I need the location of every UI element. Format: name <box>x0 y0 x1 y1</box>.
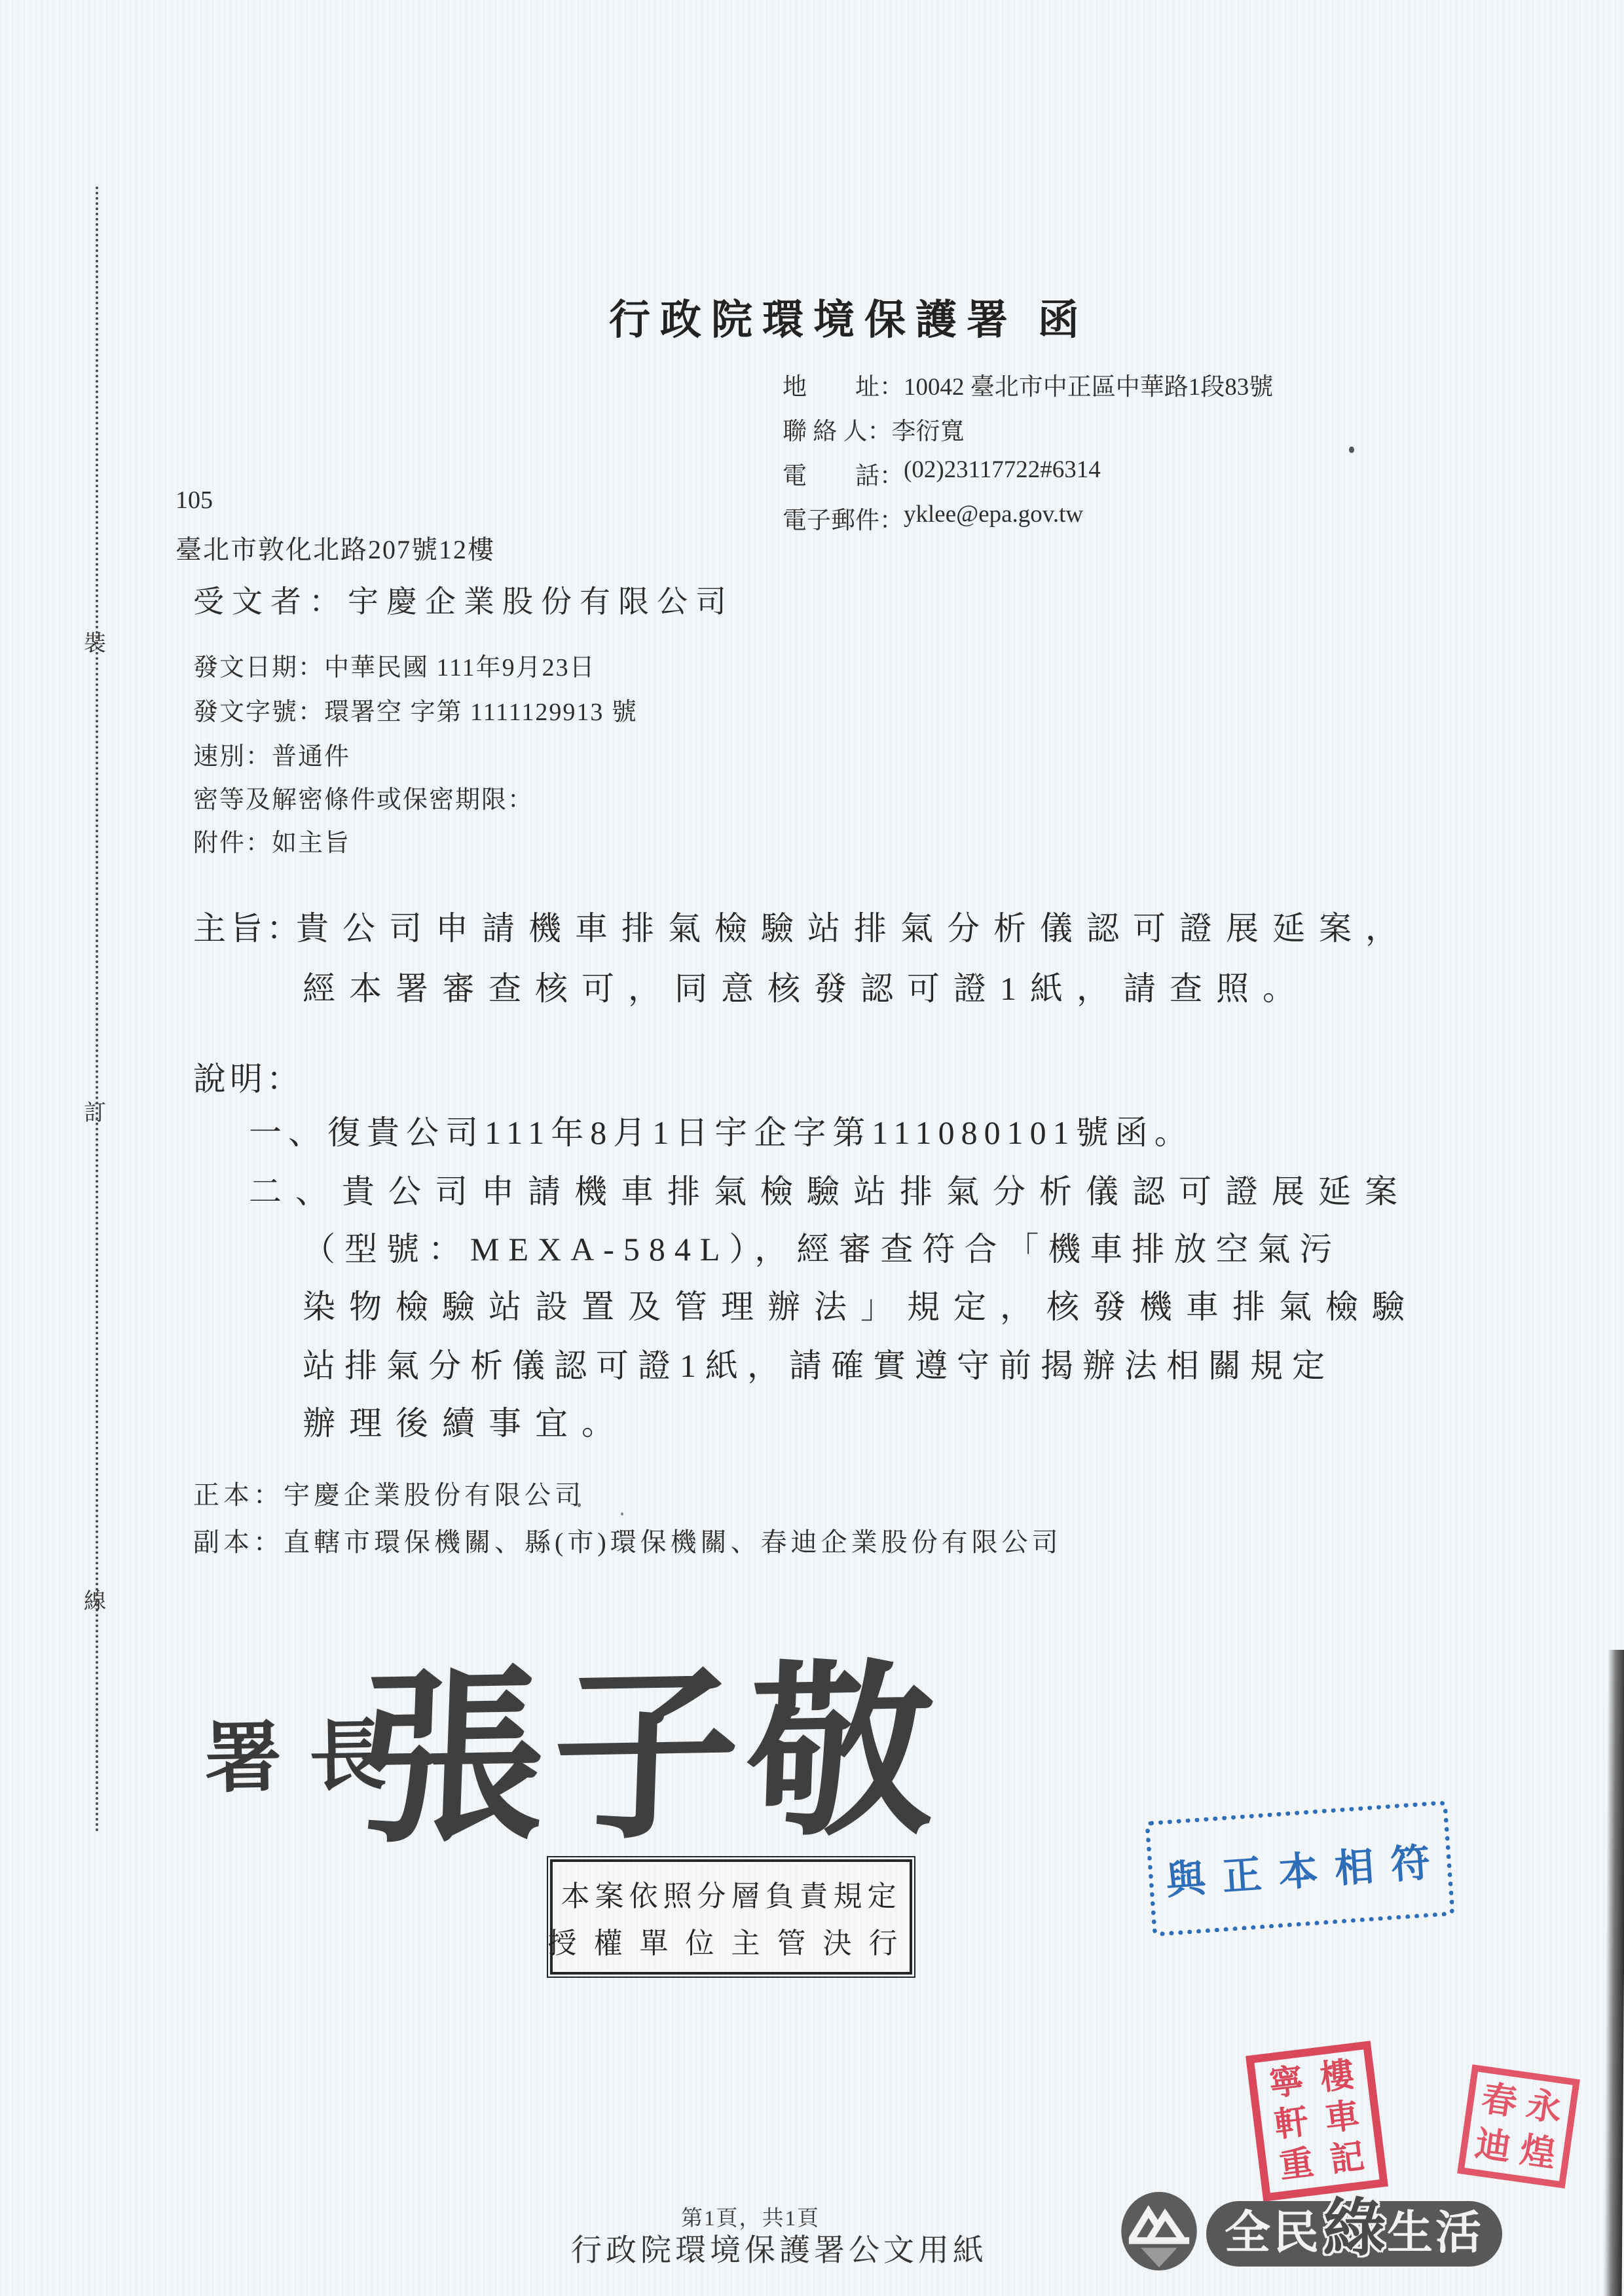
logo-text-green: 綠 <box>1323 2197 1386 2260</box>
green-life-logo-emblem <box>1121 2192 1197 2270</box>
copies-cc: 副本：直轄市環保機關、縣(市)環保機關、春迪企業股份有限公司 <box>193 1522 1062 1559</box>
binding-char-ding: 訂 <box>84 1095 106 1127</box>
blue-stamp-text: 與正本相符 <box>1151 1830 1449 1906</box>
seal2-glyph: 迪 <box>1473 2126 1513 2166</box>
subject-line-1: 貴公司申請機車排氣檢驗站排氣分析儀認可證展延案， <box>296 902 1412 949</box>
recipient-address: 臺北市敦化北路207號12樓 <box>175 529 495 566</box>
seal1-glyph: 記 <box>1328 2140 1366 2178</box>
contact-email-label: 電子郵件： <box>783 500 904 536</box>
contact-phone-label: 電 話： <box>783 456 904 491</box>
explanation-item-1: 一、復貴公司111年8月1日宇企字第111080101號函。 <box>249 1106 1194 1154</box>
meta-doc-number: 發文字號：環署空 字第 1111129913 號 <box>193 691 638 727</box>
seal2-glyph: 春 <box>1479 2081 1519 2121</box>
meta-speed: 速別：普通件 <box>193 736 350 772</box>
delegation-decision-box: 本案依照分層負責規定 授權單位主管決行 <box>550 1859 912 1975</box>
contact-address-label: 地 址： <box>783 367 904 402</box>
contact-person-row: 聯 絡 人：李衍寬 <box>783 411 965 446</box>
delegation-line-2: 授權單位主管決行 <box>548 1920 915 1961</box>
copies-original: 正本：宇慶企業股份有限公司 <box>193 1474 585 1512</box>
signer-name-calligraphy: 張子敬 <box>354 1600 947 1878</box>
logo-text-quanmin: 全民 <box>1225 2211 1321 2257</box>
meta-security: 密等及解密條件或保密期限： <box>193 779 534 815</box>
recipient-line: 受文者：宇慶企業股份有限公司 <box>193 577 734 621</box>
explanation-label: 說明： <box>193 1053 303 1100</box>
contact-phone-value: (02)23117722#6314 <box>904 456 1101 491</box>
contact-email-value: yklee@epa.gov.tw <box>904 500 1083 536</box>
explanation-item-2-line-5: 辦理後續事宜。 <box>303 1397 628 1444</box>
subject-line-2: 經本署審查核可，同意核發認可證1紙，請查照。 <box>303 962 1309 1010</box>
scan-speck <box>621 1512 623 1516</box>
red-seal-stamp-1: 寧 樓 軒 車 重 記 <box>1246 2041 1388 2202</box>
scan-speck <box>578 1503 581 1507</box>
red-seal-stamp-2: 春 永 迪 煌 <box>1457 2064 1580 2188</box>
green-life-logo-pill: 全民 綠 生活 <box>1206 2201 1502 2267</box>
seal2-glyph: 永 <box>1524 2087 1564 2127</box>
footer-paper-label: 行政院環境保護署公文用紙 <box>571 2226 987 2270</box>
explanation-item-2-line-2: （型號：MEXA-584L），經審查符合「機車排放空氣污 <box>303 1223 1341 1270</box>
contact-person-value: 李衍寬 <box>892 411 965 446</box>
explanation-item-2-line-4: 站排氣分析儀認可證1紙，請確實遵守前揭辦法相關規定 <box>303 1339 1334 1387</box>
subject-label: 主旨： <box>193 902 303 949</box>
delegation-line-1: 本案依照分層負責規定 <box>561 1872 902 1914</box>
binding-char-zhuang: 裝 <box>84 625 106 657</box>
document-title: 行政院環境保護署 函 <box>609 287 1089 346</box>
scanned-letter-page: 裝 訂 線 行政院環境保護署 函 地 址：10042 臺北市中正區中華路1段83… <box>0 0 1624 2296</box>
mountain-emblem-icon <box>1121 2192 1197 2270</box>
explanation-item-2-line-3: 染物檢驗站設置及管理辦法」規定，核發機車排氣檢驗 <box>303 1281 1418 1328</box>
contact-address-value: 10042 臺北市中正區中華路1段83號 <box>904 367 1273 402</box>
seal1-glyph: 車 <box>1323 2099 1361 2137</box>
seal1-glyph: 重 <box>1278 2146 1316 2184</box>
seal1-glyph: 寧 <box>1268 2065 1306 2103</box>
meta-date: 發文日期：中華民國 111年9月23日 <box>193 647 596 683</box>
logo-text-shenghuo: 生活 <box>1387 2211 1484 2257</box>
recipient-zip: 105 <box>175 486 213 515</box>
seal2-glyph: 煌 <box>1518 2132 1558 2172</box>
binding-char-xian: 線 <box>84 1583 106 1615</box>
contact-email-row: 電子郵件：yklee@epa.gov.tw <box>783 500 1083 536</box>
blue-certified-copy-stamp: 與正本相符 <box>1145 1800 1454 1937</box>
contact-person-label: 聯 絡 人： <box>783 411 892 446</box>
scan-edge-shadow <box>1604 1650 1624 2296</box>
meta-attachment: 附件：如主旨 <box>193 822 350 858</box>
contact-phone-row: 電 話：(02)23117722#6314 <box>783 456 1101 491</box>
contact-address-row: 地 址：10042 臺北市中正區中華路1段83號 <box>783 367 1273 402</box>
explanation-item-2-line-1: 二、貴公司申請機車排氣檢驗站排氣分析儀認可證展延案 <box>249 1165 1411 1212</box>
seal1-glyph: 樓 <box>1318 2058 1356 2096</box>
seal1-glyph: 軒 <box>1272 2105 1310 2143</box>
scan-speck <box>1349 446 1354 453</box>
